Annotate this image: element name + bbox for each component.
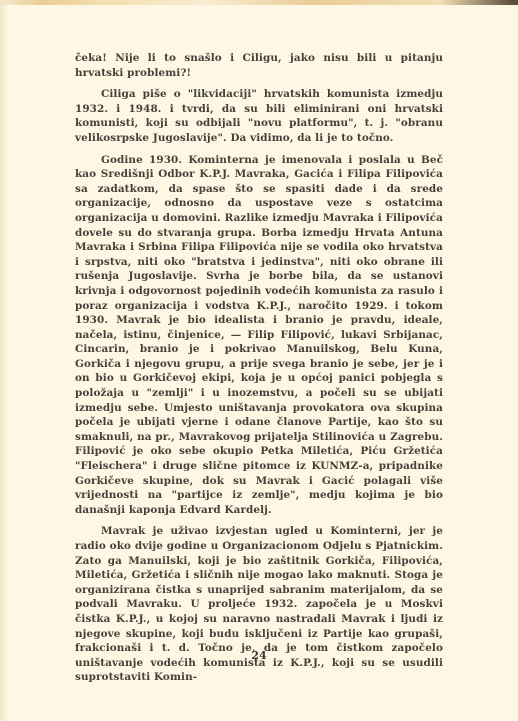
page-number: 24: [0, 649, 518, 662]
paragraph-ciliga: Ciliga piše o "likvidaciji" hrvatskih ko…: [75, 87, 443, 145]
page-left-edge: [0, 0, 8, 721]
paragraph-godine-1930: Godine 1930. Kominterna je imenovala i p…: [75, 153, 443, 518]
page-top-edge: [0, 0, 518, 5]
paragraph-continuation: čeka! Nije li to snašlo i Ciligu, jako n…: [75, 51, 443, 80]
page-body: čeka! Nije li to snašlo i Ciligu, jako n…: [75, 51, 443, 685]
